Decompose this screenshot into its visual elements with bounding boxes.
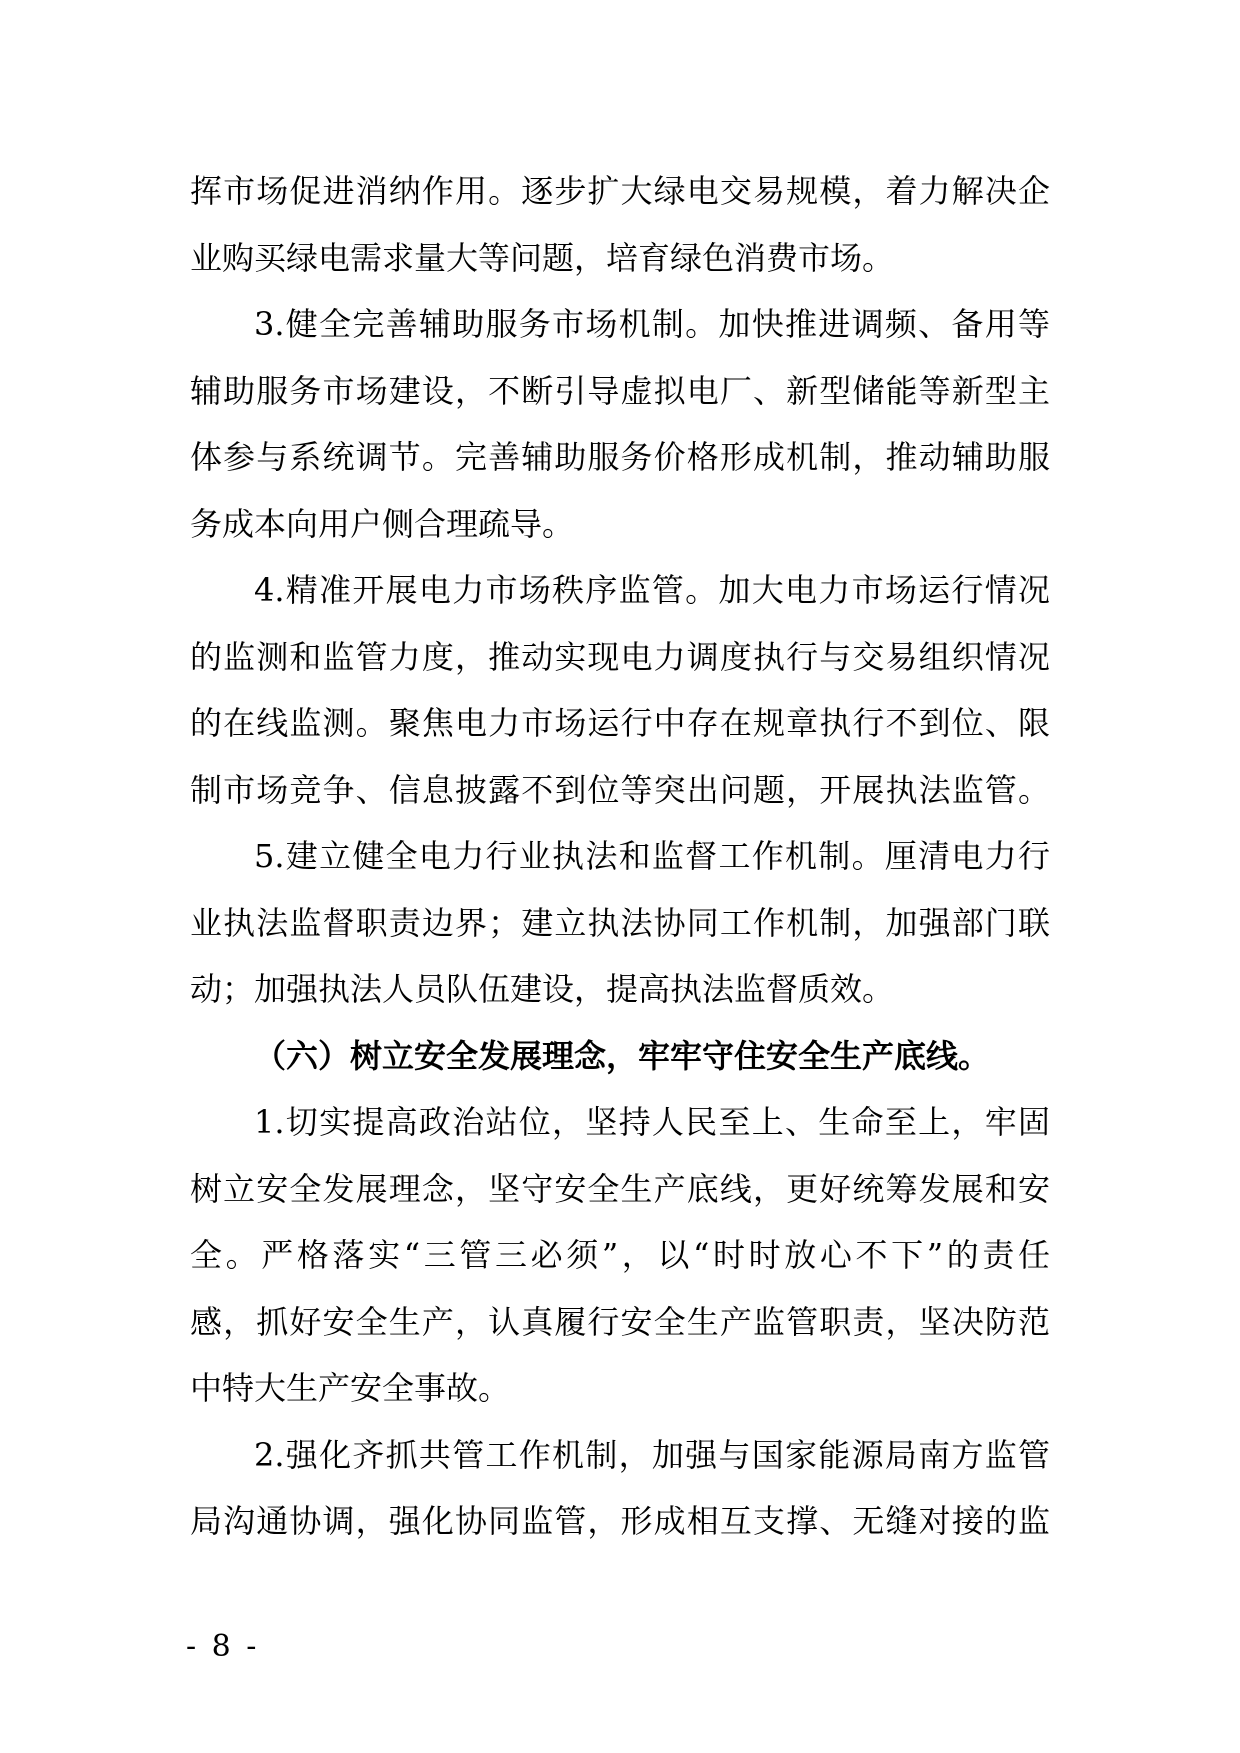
document-page: 挥市场促进消纳作用。逐步扩大绿电交易规模，着力解决企 业购买绿电需求量大等问题，… [0, 0, 1240, 1753]
text-line: 体参与系统调节。完善辅助服务价格形成机制，推动辅助服 [190, 424, 1050, 491]
text-line: 的在线监测。聚焦电力市场运行中存在规章执行不到位、限 [190, 690, 1050, 757]
text-line: 辅助服务市场建设，不断引导虚拟电厂、新型储能等新型主 [190, 358, 1050, 425]
page-number: - 8 - [186, 1630, 259, 1664]
text-line: 局沟通协调，强化协同监管，形成相互支撑、无缝对接的监 [190, 1488, 1050, 1555]
text-line-numbered-item-5: 5.建立健全电力行业执法和监督工作机制。厘清电力行 [190, 823, 1050, 890]
text-line: 树立安全发展理念，坚守安全生产底线，更好统筹发展和安 [190, 1156, 1050, 1223]
text-line: 中特大生产安全事故。 [190, 1355, 1050, 1422]
text-line: 业执法监督职责边界；建立执法协同工作机制，加强部门联 [190, 890, 1050, 957]
document-body: 挥市场促进消纳作用。逐步扩大绿电交易规模，着力解决企 业购买绿电需求量大等问题，… [190, 158, 1050, 1555]
text-line: 的监测和监管力度，推动实现电力调度执行与交易组织情况 [190, 624, 1050, 691]
text-line-numbered-item-3: 3.健全完善辅助服务市场机制。加快推进调频、备用等 [190, 291, 1050, 358]
text-line: 务成本向用户侧合理疏导。 [190, 491, 1050, 558]
text-line: 业购买绿电需求量大等问题，培育绿色消费市场。 [190, 225, 1050, 292]
text-line-numbered-item-1: 1.切实提高政治站位，坚持人民至上、生命至上，牢固 [190, 1089, 1050, 1156]
section-heading-6: （六）树立安全发展理念，牢牢守住安全生产底线。 [190, 1023, 1050, 1090]
text-line: 感，抓好安全生产，认真履行安全生产监管职责，坚决防范 [190, 1289, 1050, 1356]
text-line: 动；加强执法人员队伍建设，提高执法监督质效。 [190, 956, 1050, 1023]
text-line: 制市场竞争、信息披露不到位等突出问题，开展执法监管。 [190, 757, 1050, 824]
text-line-numbered-item-4: 4.精准开展电力市场秩序监管。加大电力市场运行情况 [190, 557, 1050, 624]
text-line: 全。严格落实“三管三必须”，以“时时放心不下”的责任 [190, 1222, 1050, 1289]
text-line-numbered-item-2: 2.强化齐抓共管工作机制，加强与国家能源局南方监管 [190, 1422, 1050, 1489]
text-line: 挥市场促进消纳作用。逐步扩大绿电交易规模，着力解决企 [190, 158, 1050, 225]
